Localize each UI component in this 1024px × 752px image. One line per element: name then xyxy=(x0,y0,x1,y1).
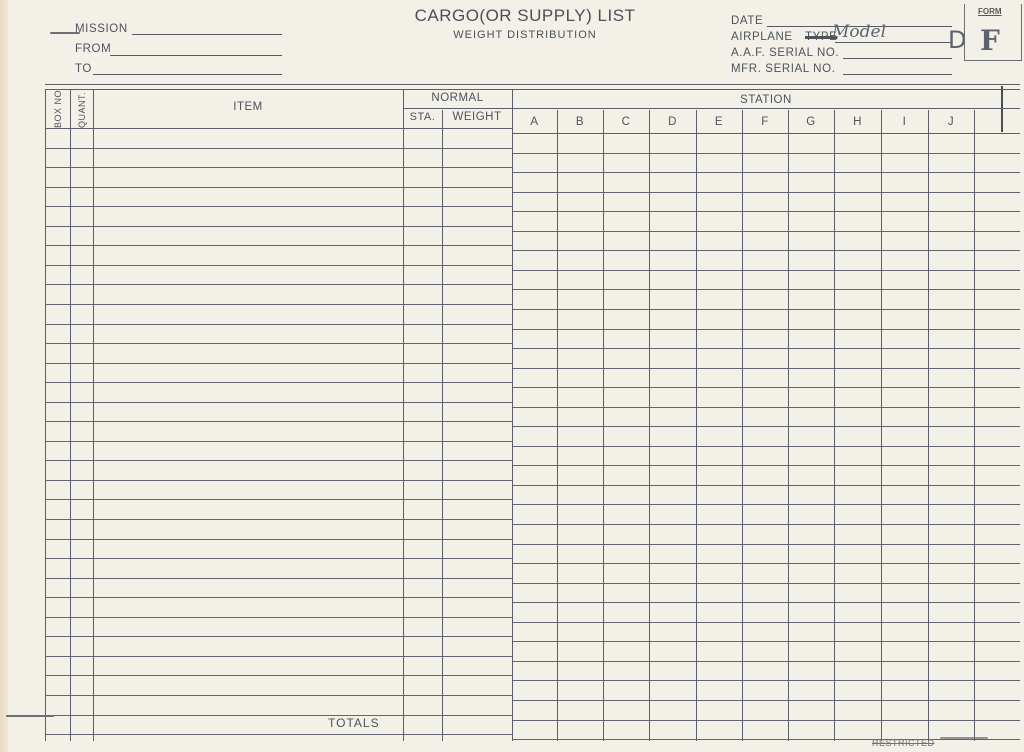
table-row[interactable] xyxy=(45,206,513,207)
mission-field[interactable] xyxy=(132,34,282,35)
table-row[interactable] xyxy=(512,504,1020,505)
table-row[interactable] xyxy=(45,499,513,500)
header-divider xyxy=(45,84,1020,85)
table-row[interactable] xyxy=(45,539,513,540)
subheader-line xyxy=(403,108,1020,109)
mfr-serial-label: MFR. SERIAL NO. xyxy=(731,63,835,75)
table-row[interactable] xyxy=(512,485,1020,486)
table-row[interactable] xyxy=(45,324,513,325)
to-label: TO xyxy=(75,63,92,75)
table-row[interactable] xyxy=(45,480,513,481)
table-row[interactable] xyxy=(512,231,1020,232)
mission-label: MISSION xyxy=(75,23,128,35)
table-row[interactable] xyxy=(512,309,1020,310)
aaf-serial-field[interactable] xyxy=(843,58,952,59)
table-row[interactable] xyxy=(45,558,513,559)
col-header-normal: NORMAL xyxy=(403,92,512,104)
form-letter: F xyxy=(980,24,1000,57)
pencil-mark-left xyxy=(6,715,54,717)
table-row[interactable] xyxy=(512,211,1020,212)
col-header-weight: WEIGHT xyxy=(442,111,512,123)
form-title: CARGO(OR SUPPLY) LIST xyxy=(380,6,670,26)
header-bottom-left xyxy=(45,128,513,129)
table-row[interactable] xyxy=(512,426,1020,427)
airplane-handwritten-value: Model xyxy=(832,22,886,42)
table-row[interactable] xyxy=(512,622,1020,623)
form-subtitle: WEIGHT DISTRIBUTION xyxy=(380,29,670,41)
table-row[interactable] xyxy=(45,421,513,422)
table-row[interactable] xyxy=(512,661,1020,662)
table-row[interactable] xyxy=(45,675,513,676)
date-label: DATE xyxy=(731,15,763,27)
table-row[interactable] xyxy=(45,715,513,716)
table-row[interactable] xyxy=(512,583,1020,584)
table-row[interactable] xyxy=(512,153,1020,154)
table-row[interactable] xyxy=(45,617,513,618)
table-row[interactable] xyxy=(512,407,1020,408)
table-row[interactable] xyxy=(512,368,1020,369)
col-header-station-j: J xyxy=(928,116,974,128)
table-top-border xyxy=(45,89,1020,90)
table-row[interactable] xyxy=(45,578,513,579)
col-header-station-f: F xyxy=(742,116,788,128)
table-row[interactable] xyxy=(512,739,1020,740)
to-field[interactable] xyxy=(93,74,282,75)
table-row[interactable] xyxy=(45,402,513,403)
table-row[interactable] xyxy=(512,563,1020,564)
col-header-station-e: E xyxy=(696,116,742,128)
table-row[interactable] xyxy=(45,363,513,364)
airplane-label: AIRPLANE xyxy=(731,31,793,43)
aaf-serial-label: A.A.F. SERIAL NO. xyxy=(731,47,839,59)
totals-label: TOTALS xyxy=(328,716,380,730)
table-row[interactable] xyxy=(45,441,513,442)
from-field[interactable] xyxy=(110,55,282,56)
table-row[interactable] xyxy=(45,656,513,657)
table-row[interactable] xyxy=(45,734,513,735)
table-row[interactable] xyxy=(512,465,1020,466)
airplane-field[interactable] xyxy=(835,42,952,43)
table-row[interactable] xyxy=(45,265,513,266)
table-row[interactable] xyxy=(45,343,513,344)
table-row[interactable] xyxy=(45,167,513,168)
table-row[interactable] xyxy=(45,695,513,696)
table-row[interactable] xyxy=(45,636,513,637)
mfr-serial-field[interactable] xyxy=(843,74,952,75)
table-row[interactable] xyxy=(45,284,513,285)
table-row[interactable] xyxy=(45,460,513,461)
col-header-station-g: G xyxy=(788,116,834,128)
from-label: FROM xyxy=(75,43,111,55)
col-header-sta: STA. xyxy=(403,111,442,123)
col-header-station-b: B xyxy=(557,116,603,128)
table-row[interactable] xyxy=(45,597,513,598)
col-header-station-a: A xyxy=(512,116,557,128)
table-row[interactable] xyxy=(512,329,1020,330)
col-header-station-h: H xyxy=(834,116,881,128)
table-row[interactable] xyxy=(512,348,1020,349)
table-row[interactable] xyxy=(512,700,1020,701)
pencil-mark-bottom xyxy=(940,737,988,739)
table-row[interactable] xyxy=(45,226,513,227)
table-row[interactable] xyxy=(45,519,513,520)
table-row[interactable] xyxy=(512,192,1020,193)
col-header-station-d: D xyxy=(649,116,696,128)
table-row[interactable] xyxy=(512,289,1020,290)
col-border-sta-weight xyxy=(442,110,443,741)
restricted-stamp: RESTRICTED xyxy=(872,738,935,748)
col-header-station-i: I xyxy=(881,116,928,128)
table-row[interactable] xyxy=(45,148,513,149)
table-row[interactable] xyxy=(45,245,513,246)
table-row[interactable] xyxy=(45,304,513,305)
table-row[interactable] xyxy=(512,387,1020,388)
col-header-station-c: C xyxy=(603,116,649,128)
table-row[interactable] xyxy=(512,680,1020,681)
table-row[interactable] xyxy=(45,187,513,188)
pencil-mark-right xyxy=(1001,86,1003,132)
table-row[interactable] xyxy=(512,544,1020,545)
header-bottom-right xyxy=(512,133,1020,134)
form-label: FORM xyxy=(978,7,1002,16)
table-row[interactable] xyxy=(45,382,513,383)
table-row[interactable] xyxy=(512,270,1020,271)
table-row[interactable] xyxy=(512,446,1020,447)
col-header-quant: QUANT. xyxy=(77,88,87,128)
table-row[interactable] xyxy=(512,602,1020,603)
table-row[interactable] xyxy=(512,524,1020,525)
table-row[interactable] xyxy=(512,641,1020,642)
col-header-item: ITEM xyxy=(93,101,403,113)
col-header-box-no: BOX NO xyxy=(53,88,63,128)
table-row[interactable] xyxy=(512,172,1020,173)
col-header-station: STATION xyxy=(512,94,1020,106)
table-row[interactable] xyxy=(512,250,1020,251)
table-row[interactable] xyxy=(512,720,1020,721)
